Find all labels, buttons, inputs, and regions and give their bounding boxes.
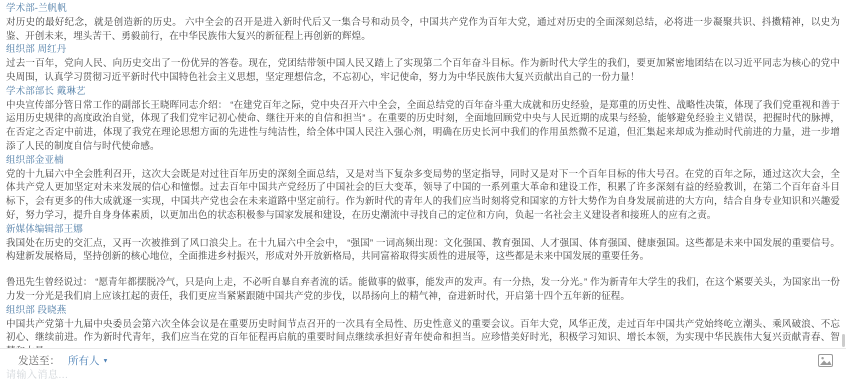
- chat-message: 学术部部长 戴琳艺 中央宣传部分管日常工作的副部长王晓晖同志介绍： “在建党百年…: [6, 85, 840, 154]
- message-text: 中央宣传部分管日常工作的副部长王晓晖同志介绍： “在建党百年之际，党中央召开六中…: [6, 99, 840, 154]
- chat-message: 组织部 周红丹 过去一百年，党向人民、向历史交出了一份优异的答卷。现在，党团结带…: [6, 43, 840, 84]
- message-author: 组织部金亚楠: [6, 154, 840, 168]
- message-text: 党的十九届六中全会胜利召开，这次大会既是对过往百年历史的深刻全面总结，又是对当下…: [6, 168, 840, 223]
- chat-message: 组织部金亚楠 党的十九届六中全会胜利召开，这次大会既是对过往百年历史的深刻全面总…: [6, 154, 840, 223]
- message-text: 我国处在历史的交汇点，又再一次被推到了风口浪尖上。在十九届六中全会中， “强国”…: [6, 237, 840, 265]
- scrollbar[interactable]: [842, 334, 845, 347]
- message-author: 学术部部长 戴琳艺: [6, 85, 840, 99]
- send-to-row: 发送至： 所有人 ▼: [0, 349, 846, 368]
- message-author: 组织部 段晓燕: [6, 304, 840, 318]
- image-icon[interactable]: [818, 354, 833, 367]
- message-author: 组织部 周红丹: [6, 43, 840, 57]
- message-input[interactable]: 请输入消息...: [6, 366, 68, 377]
- message-text: 过去一百年，党向人民、向历史交出了一份优异的答卷。现在，党团结带领中国人民又踏上…: [6, 57, 840, 85]
- chat-message: 组织部 段晓燕 中国共产党第十九届中央委员会第六次全体会议是在重要历史时间节点召…: [6, 304, 840, 348]
- chat-message: 学术部-兰帆帆 对历史的最好纪念，就是创造新的历史。 六中全会的召开是进入新时代…: [6, 2, 840, 43]
- message-text: 中国共产党第十九届中央委员会第六次全体会议是在重要历史时间节点召开的一次具有全局…: [6, 318, 840, 348]
- message-author: 新媒体编辑部王娜: [6, 223, 840, 237]
- message-author: 学术部-兰帆帆: [6, 2, 840, 16]
- chat-message: 新媒体编辑部王娜 我国处在历史的交汇点，又再一次被推到了风口浪尖上。在十九届六中…: [6, 223, 840, 304]
- chat-message-list: 学术部-兰帆帆 对历史的最好纪念，就是创造新的历史。 六中全会的召开是进入新时代…: [0, 0, 846, 348]
- recipient-dropdown[interactable]: 所有人 ▼: [68, 353, 108, 368]
- message-text: 对历史的最好纪念，就是创造新的历史。 六中全会的召开是进入新时代后又一集合号和动…: [6, 16, 840, 44]
- recipient-value: 所有人: [68, 353, 100, 368]
- send-bar: 发送至： 所有人 ▼: [0, 348, 846, 377]
- chevron-down-icon: ▼: [103, 358, 109, 364]
- message-text: 鲁迅先生曾经说过： “愿青年都摆脱冷气，只是向上走，不必听自暴自弃者流的话。能做…: [6, 276, 840, 304]
